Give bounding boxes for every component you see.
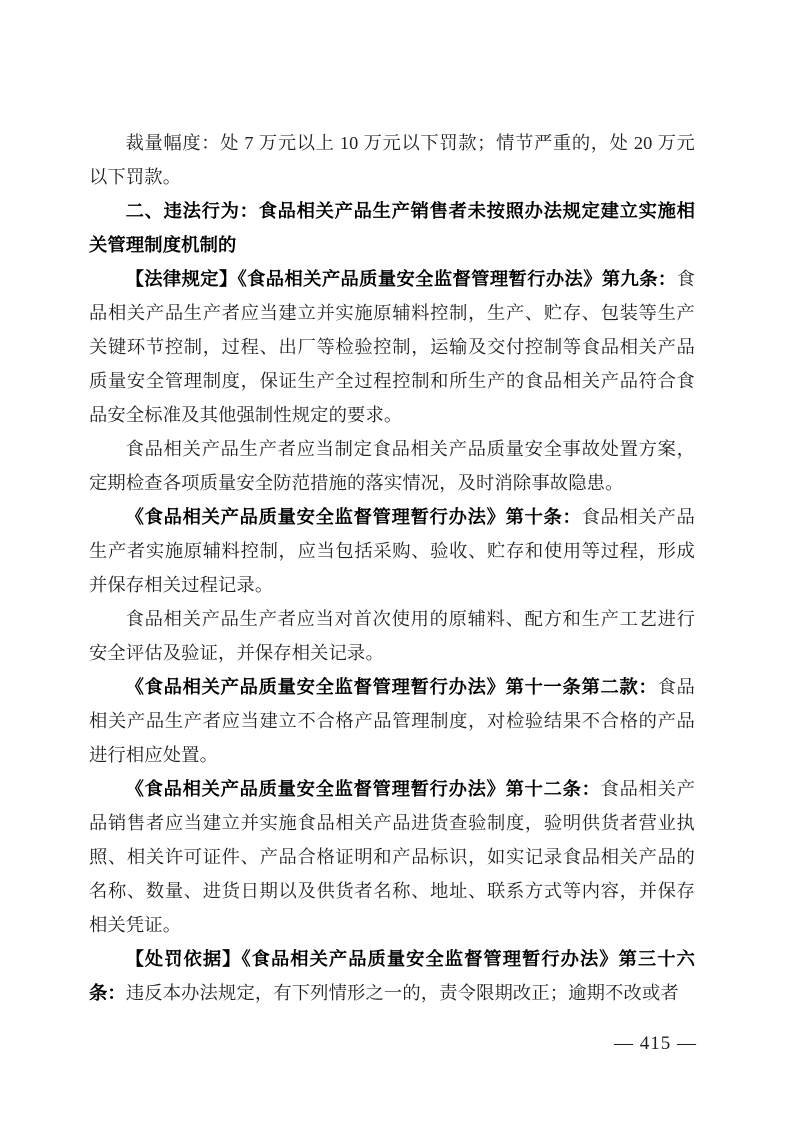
body-paragraph: 《食品相关产品质量安全监督管理暂行办法》第十条：食品相关产品生产者实施原辅料控制…	[89, 500, 695, 602]
bold-text-segment: 二、违法行为：食品相关产品生产销售者未按照办法规定建立实施相关管理制度机制的	[89, 200, 695, 255]
body-paragraph: 裁量幅度：处 7 万元以上 10 万元以下罚款；情节严重的，处 20 万元以下罚…	[89, 126, 695, 194]
text-segment: 食品相关产品生产者应当建立并实施原辅料控制，生产、贮存、包装等生产关键环节控制，…	[89, 269, 695, 425]
bold-text-segment: 【法律规定】《食品相关产品质量安全监督管理暂行办法》第九条：	[126, 268, 677, 289]
body-paragraph: 食品相关产品生产者应当对首次使用的原辅料、配方和生产工艺进行安全评估及验证，并保…	[89, 602, 695, 670]
text-segment: 食品相关产品生产者应当制定食品相关产品质量安全事故处置方案，定期检查各项质量安全…	[89, 439, 695, 493]
text-segment: 违反本办法规定，有下列情形之一的，责令限期改正；逾期不改或者	[126, 983, 679, 1003]
document-page: 裁量幅度：处 7 万元以上 10 万元以下罚款；情节严重的，处 20 万元以下罚…	[0, 0, 793, 1122]
bold-text-segment: 《食品相关产品质量安全监督管理暂行办法》第十二条：	[126, 778, 601, 799]
body-paragraph: 【处罚依据】《食品相关产品质量安全监督管理暂行办法》第三十六条：违反本办法规定，…	[89, 942, 695, 1010]
text-segment: 食品相关产品生产者应当对首次使用的原辅料、配方和生产工艺进行安全评估及验证，并保…	[89, 609, 695, 663]
body-paragraph: 食品相关产品生产者应当制定食品相关产品质量安全事故处置方案，定期检查各项质量安全…	[89, 432, 695, 500]
body-paragraph: 【法律规定】《食品相关产品质量安全监督管理暂行办法》第九条：食品相关产品生产者应…	[89, 262, 695, 432]
bold-text-segment: 《食品相关产品质量安全监督管理暂行办法》第十条：	[126, 506, 582, 527]
body-paragraph: 《食品相关产品质量安全监督管理暂行办法》第十一条第二款：食品相关产品生产者应当建…	[89, 670, 695, 772]
text-segment: 裁量幅度：处 7 万元以上 10 万元以下罚款；情节严重的，处 20 万元以下罚…	[89, 133, 695, 187]
heading-paragraph: 二、违法行为：食品相关产品生产销售者未按照办法规定建立实施相关管理制度机制的	[89, 194, 695, 262]
body-paragraph: 《食品相关产品质量安全监督管理暂行办法》第十二条：食品相关产品销售者应当建立并实…	[89, 772, 695, 942]
document-body: 裁量幅度：处 7 万元以上 10 万元以下罚款；情节严重的，处 20 万元以下罚…	[89, 126, 695, 1010]
text-segment: 食品相关产品销售者应当建立并实施食品相关产品进货查验制度，验明供货者营业执照、相…	[89, 779, 695, 935]
bold-text-segment: 《食品相关产品质量安全监督管理暂行办法》第十一条第二款：	[126, 676, 658, 697]
page-number: — 415 —	[614, 1031, 697, 1057]
